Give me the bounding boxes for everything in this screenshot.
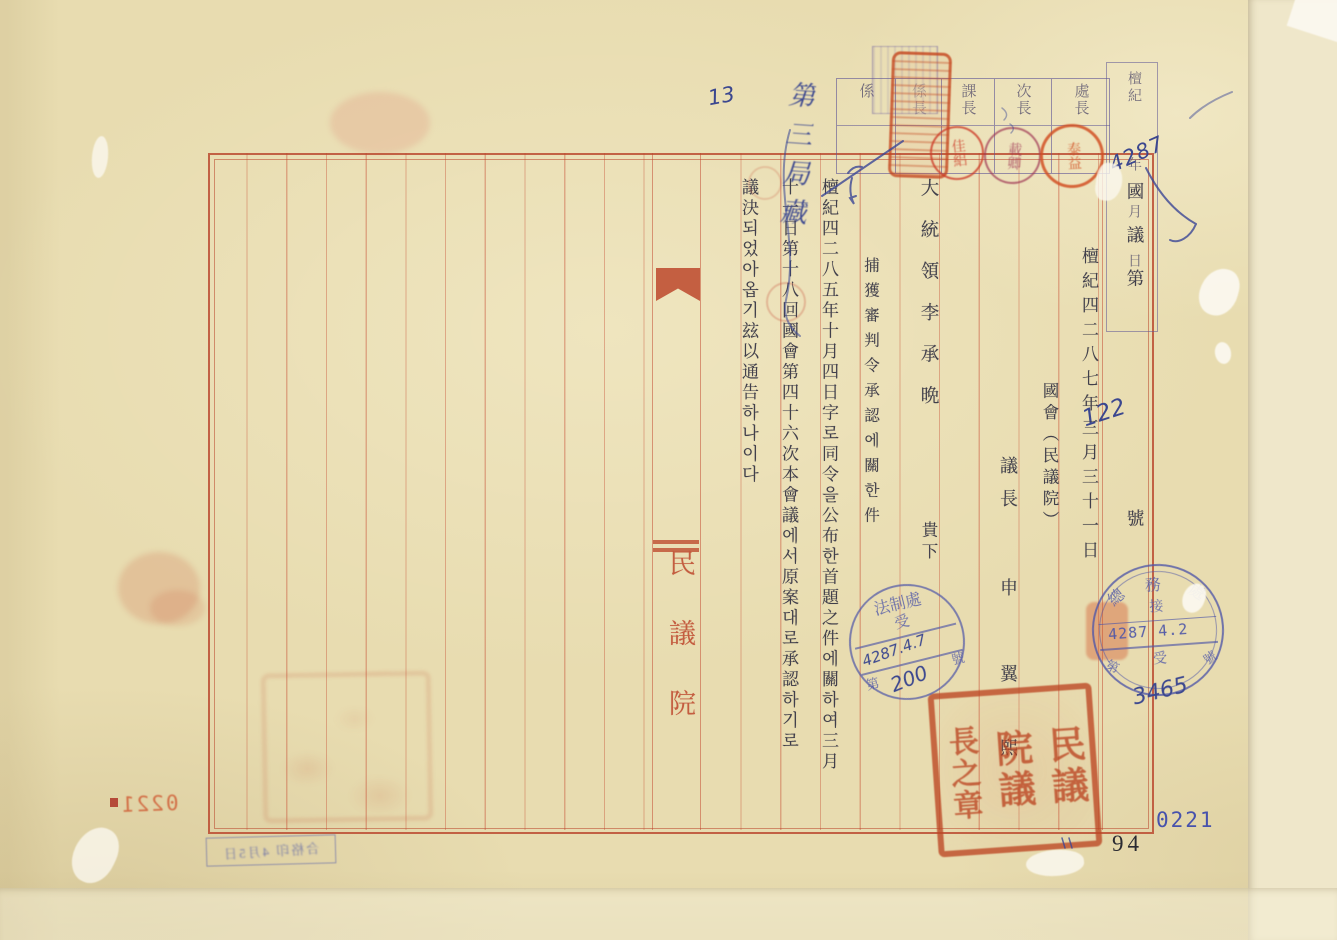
pen-slash-2 — [1190, 92, 1232, 118]
pen-squiggle — [850, 178, 856, 204]
chajang-scribble — [1002, 108, 1013, 133]
tick-marks — [1062, 838, 1072, 848]
pen-slash — [822, 141, 903, 196]
pen-hook — [1170, 224, 1196, 241]
pen-strokes — [0, 0, 1337, 940]
cursive-descender — [784, 130, 800, 336]
scanned-document-page: 民議院 國議第號 122 檀紀四二八七年三月三十一日 國會（民議院） 議長申翼熙… — [0, 0, 1337, 940]
pen-stroke-dangi — [1146, 168, 1196, 224]
